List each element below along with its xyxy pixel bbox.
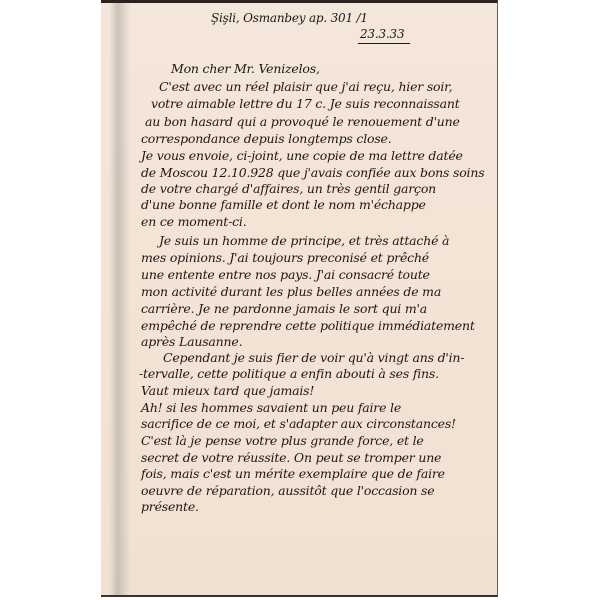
body-line: empêché de reprendre cette politique imm… (141, 318, 475, 333)
body-line: C'est là je pense votre plus grande forc… (141, 433, 424, 448)
body-line: Ah! si les hommes savaient un peu faire … (141, 400, 401, 415)
body-line: de Moscou 12.10.928 que j'avais confiée … (141, 165, 484, 180)
body-line: mon activité durant les plus belles anné… (141, 284, 441, 299)
body-line: une entente entre nos pays. J'ai consacr… (141, 267, 430, 282)
body-line: après Lausanne. (141, 334, 242, 349)
body-line: Je vous envoie, ci-joint, une copie de m… (141, 148, 463, 163)
body-line: correspondance depuis longtemps close. (141, 131, 392, 146)
body-line: mes opinions. J'ai toujours preconisé et… (141, 250, 429, 265)
body-line: secret de votre réussite. On peut se tro… (141, 450, 441, 465)
body-line: Cependant je suis fier de voir qu'à ving… (163, 350, 464, 365)
body-line: d'une bonne famille et dont le nom m'éch… (141, 197, 426, 212)
body-line: carrière. Je ne pardonne jamais le sort … (141, 301, 427, 316)
body-line: en ce moment-ci. (141, 214, 247, 229)
body-line: au bon hasard qui a provoqué le renoueme… (145, 114, 460, 129)
body-line: sacrifice de ce moi, et s'adapter aux ci… (141, 416, 456, 431)
body-line: C'est avec un réel plaisir que j'ai reçu… (159, 79, 452, 94)
body-line: -tervalle, cette politique a enfin about… (139, 366, 439, 381)
letter-date: 23.3.33 (358, 27, 410, 44)
body-line: votre aimable lettre du 17 c. Je suis re… (151, 96, 460, 111)
letter-page: Şişli, Osmanbey ap. 301 /1 23.3.33 Mon c… (101, 0, 498, 597)
body-line: présente. (141, 499, 199, 514)
body-line: oeuvre de réparation, aussitôt que l'occ… (141, 483, 434, 498)
header-address: Şişli, Osmanbey ap. 301 /1 (211, 11, 368, 25)
body-line: Vaut mieux tard que jamais! (141, 383, 314, 398)
body-line: fois, mais c'est un mérite exemplaire qu… (141, 466, 445, 481)
page-fold-stain (109, 3, 131, 595)
salutation: Mon cher Mr. Venizelos, (171, 61, 320, 76)
body-line: de votre chargé d'affaires, un très gent… (141, 181, 436, 196)
body-line: Je suis un homme de principe, et très at… (159, 233, 449, 248)
